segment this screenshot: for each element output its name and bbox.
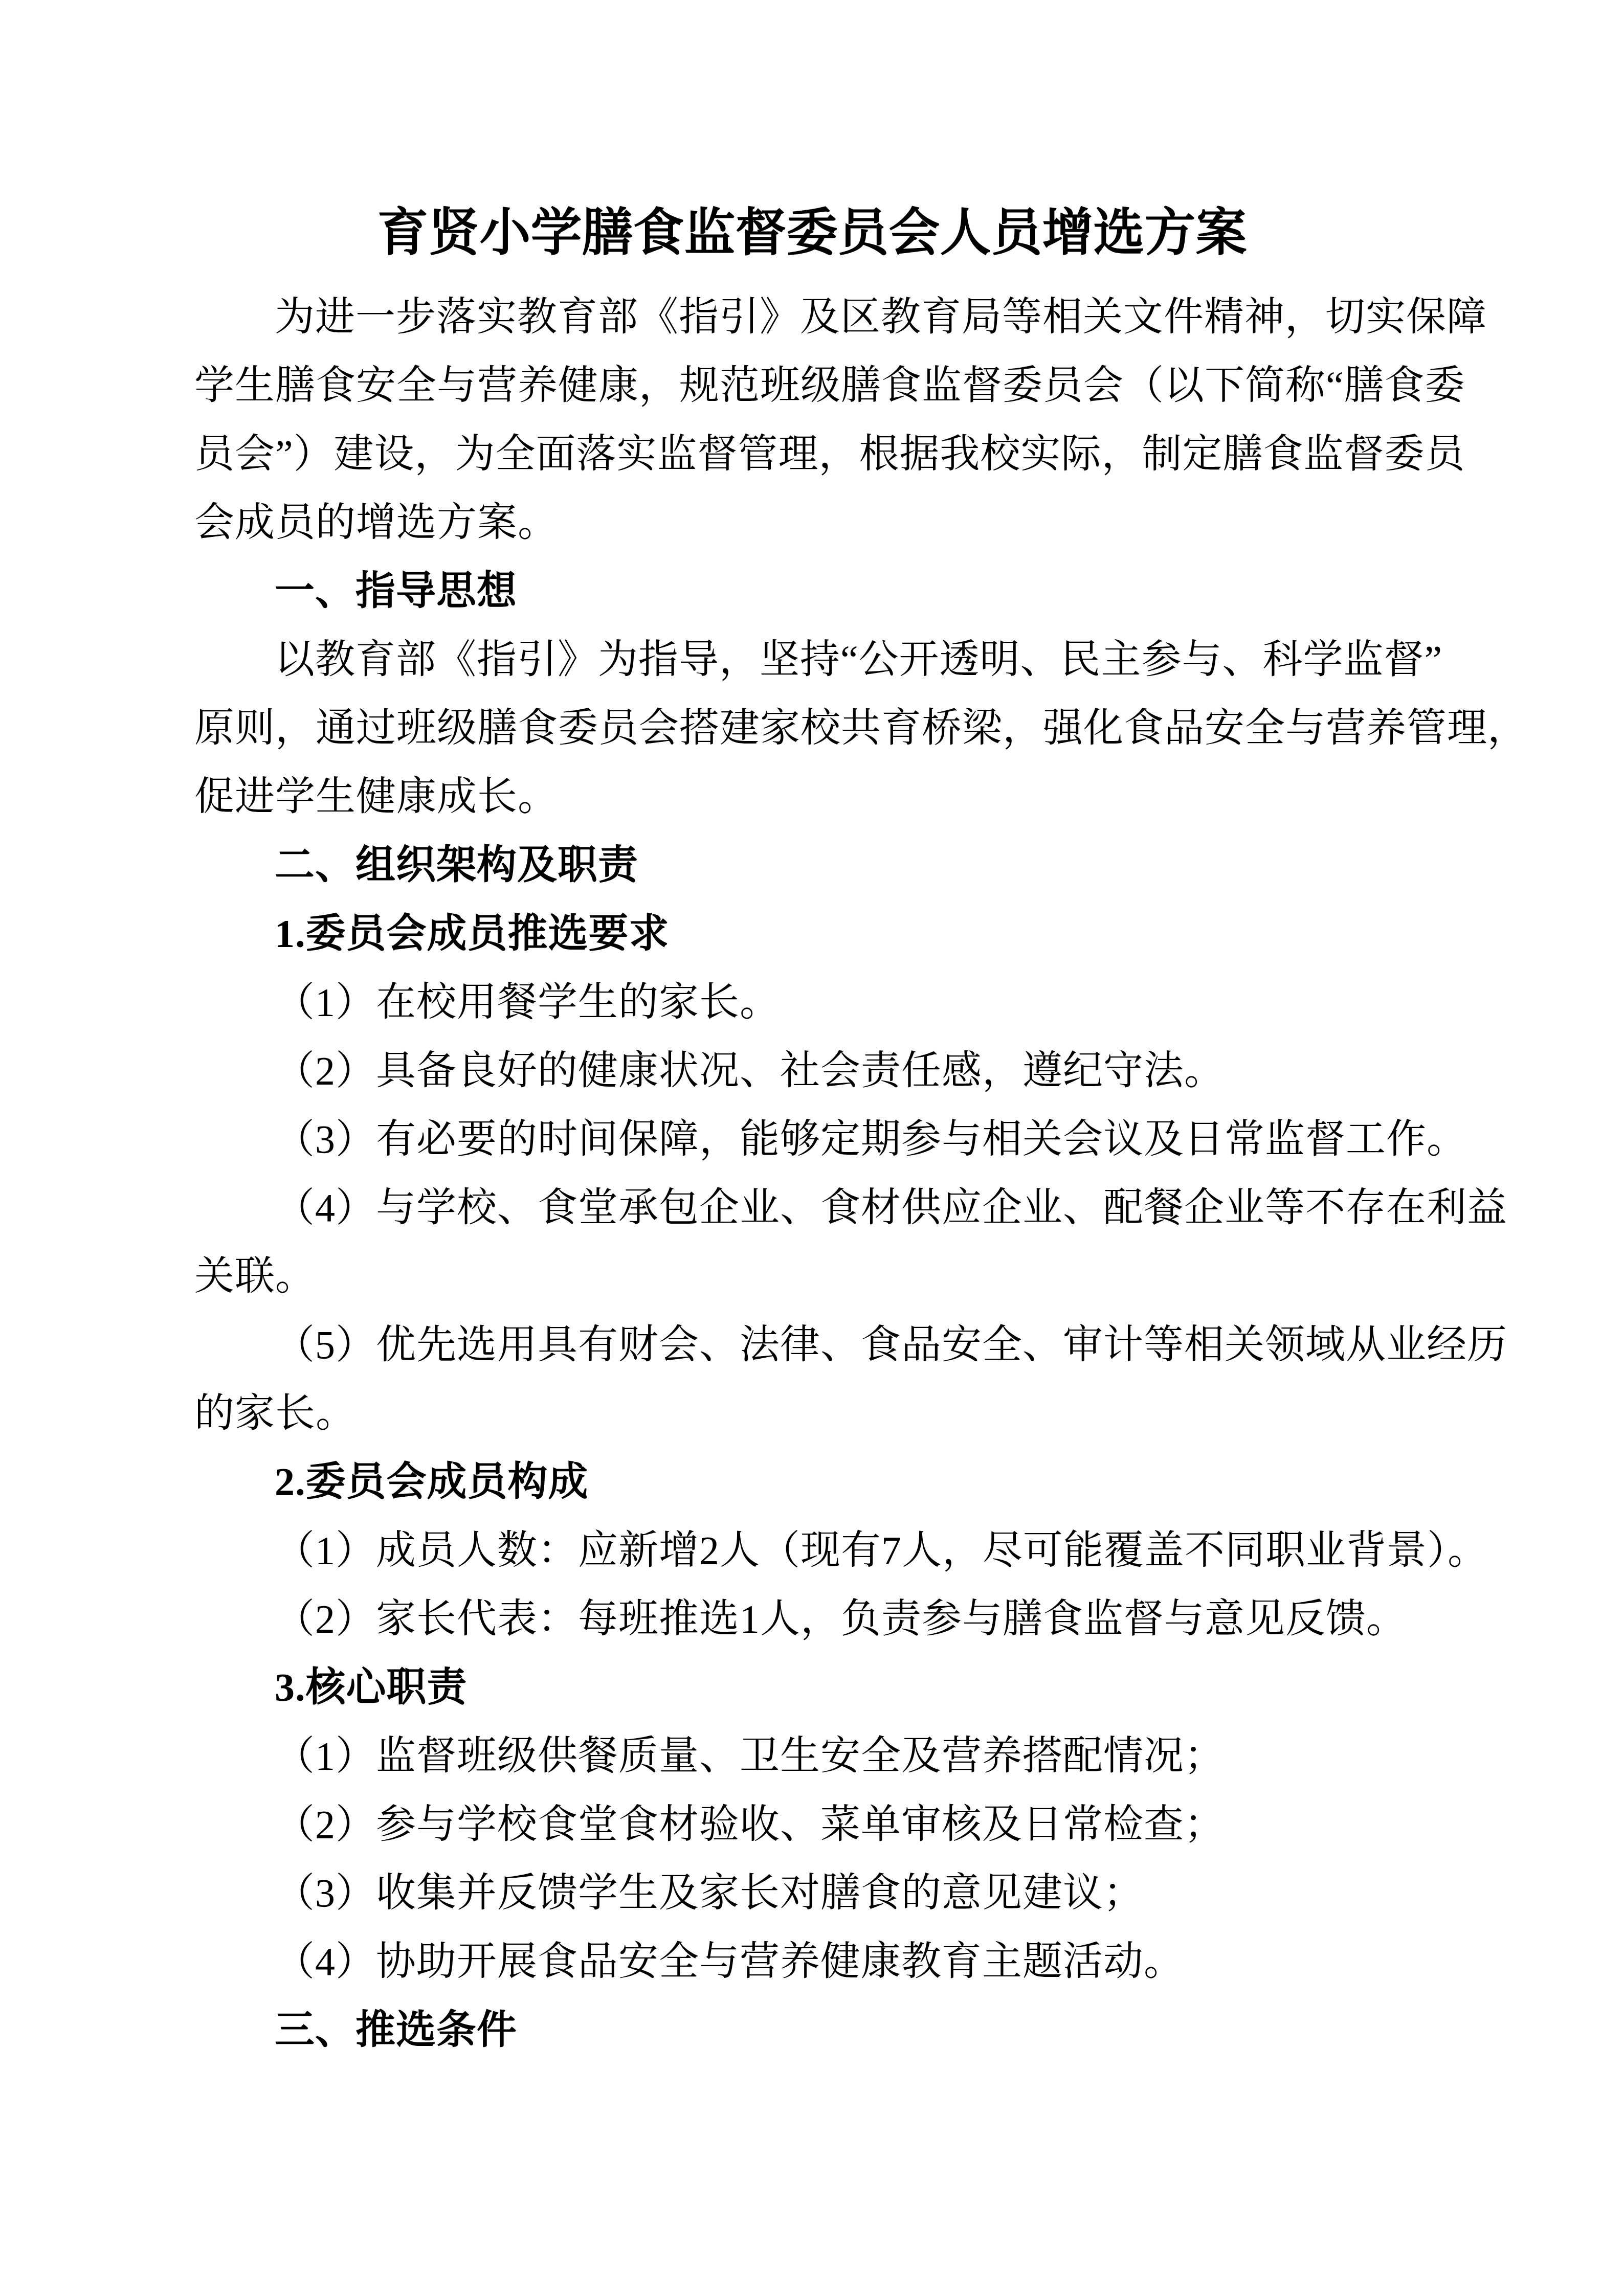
heading-line: 一、指导思想: [194, 557, 1528, 625]
text-line: （5）优先选用具有财会、法律、食品安全、审计等相关领域从业经历: [194, 1311, 1528, 1379]
text-line: （2）家长代表：每班推选1人，负责参与膳食监督与意见反馈。: [194, 1585, 1528, 1653]
text-line: 会成员的增选方案。: [194, 488, 1528, 557]
text-line: 员会”）建设，为全面落实监督管理，根据我校实际，制定膳食监督委员: [194, 420, 1528, 488]
text-line: 学生膳食安全与营养健康，规范班级膳食监督委员会（以下简称“膳食委: [194, 351, 1528, 420]
text-line: （4）与学校、食堂承包企业、食材供应企业、配餐企业等不存在利益: [194, 1174, 1528, 1242]
text-line: （1）监督班级供餐质量、卫生安全及营养搭配情况；: [194, 1722, 1528, 1790]
text-line: 关联。: [194, 1242, 1528, 1311]
heading-line: 3.核心职责: [194, 1653, 1528, 1722]
text-line: （3）收集并反馈学生及家长对膳食的意见建议；: [194, 1859, 1528, 1927]
text-line: 为进一步落实教育部《指引》及区教育局等相关文件精神，切实保障: [194, 283, 1528, 351]
heading-line: 二、组织架构及职责: [194, 831, 1528, 899]
heading-line: 1.委员会成员推选要求: [194, 899, 1528, 968]
text-line: （3）有必要的时间保障，能够定期参与相关会议及日常监督工作。: [194, 1105, 1528, 1174]
text-line: 的家长。: [194, 1379, 1528, 1448]
text-line: （2）具备良好的健康状况、社会责任感，遵纪守法。: [194, 1037, 1528, 1105]
heading-line: 2.委员会成员构成: [194, 1448, 1528, 1516]
document-body: 为进一步落实教育部《指引》及区教育局等相关文件精神，切实保障学生膳食安全与营养健…: [194, 283, 1528, 2064]
text-line: （2）参与学校食堂食材验收、菜单审核及日常检查；: [194, 1790, 1528, 1859]
document-page: 育贤小学膳食监督委员会人员增选方案 为进一步落实教育部《指引》及区教育局等相关文…: [0, 0, 1624, 2296]
heading-line: 三、推选条件: [194, 1996, 1528, 2064]
text-line: 促进学生健康成长。: [194, 762, 1528, 831]
text-line: （4）协助开展食品安全与营养健康教育主题活动。: [194, 1927, 1528, 1996]
text-line: 以教育部《指引》为指导，坚持“公开透明、民主参与、科学监督”: [194, 625, 1528, 694]
text-line: （1）在校用餐学生的家长。: [194, 968, 1528, 1037]
document-title: 育贤小学膳食监督委员会人员增选方案: [0, 197, 1624, 269]
text-line: （1）成员人数：应新增2人（现有7人，尽可能覆盖不同职业背景）。: [194, 1516, 1528, 1585]
text-line: 原则，通过班级膳食委员会搭建家校共育桥梁，强化食品安全与营养管理，: [194, 694, 1528, 762]
